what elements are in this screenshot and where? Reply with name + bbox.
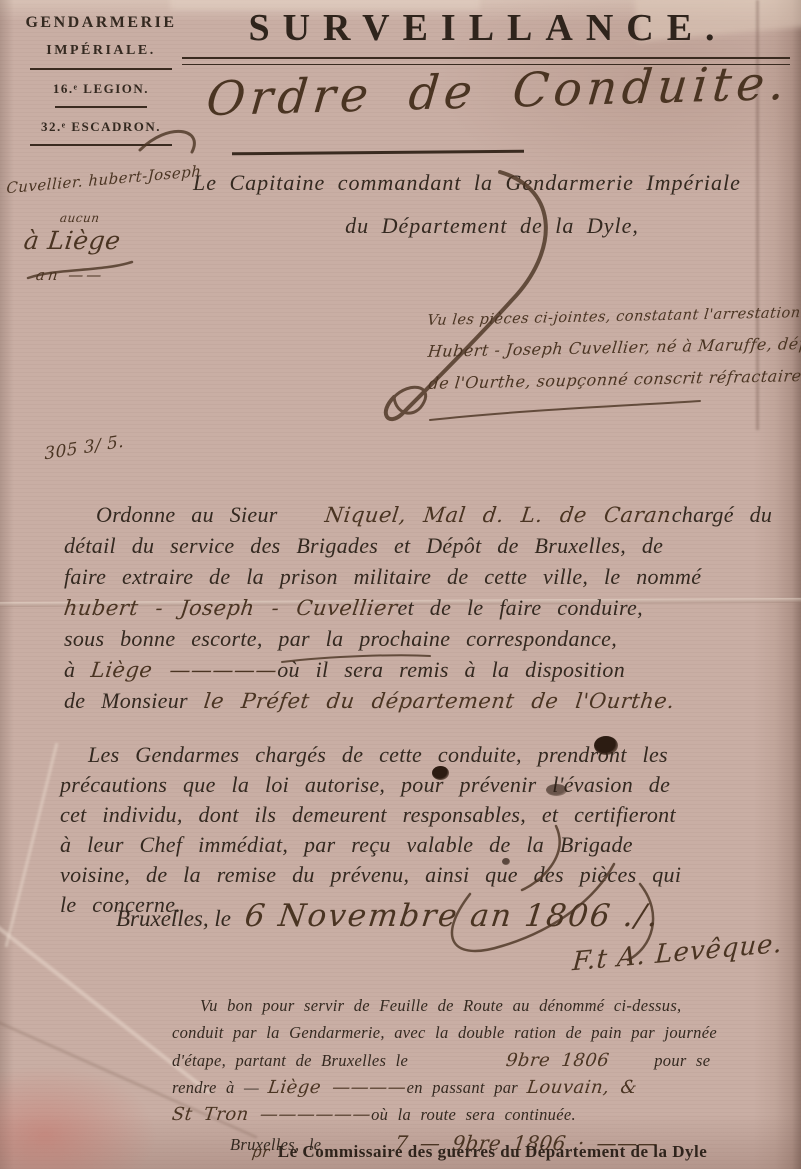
escadron-label: 32.ᵉ ESCADRON.: [16, 119, 186, 135]
printed-text: rendre à —: [172, 1078, 268, 1097]
printed-text: à leur Chef immédiat, par reçu valable d…: [60, 832, 633, 857]
text-line: de Monsieur le Préfet du département de …: [64, 688, 780, 719]
text-line: sous bonne escorte, par la prochaine cor…: [64, 626, 780, 657]
printed-text: faire extraire de la prison militaire de…: [64, 564, 701, 589]
handwritten-text: Liège —————: [90, 658, 279, 682]
vu-line-2: Hubert - Joseph Cuvellier, né à Maruffe,…: [427, 332, 801, 361]
handwritten-text: 9bre 1806: [504, 1050, 610, 1071]
printed-text: en passant par: [407, 1078, 528, 1097]
ink-blot: [502, 858, 510, 865]
corps-name: GENDARMERIE: [16, 14, 186, 32]
vu-clause: Vu les pièces ci-jointes, constatant l'a…: [427, 304, 801, 406]
unit-header: GENDARMERIE IMPÉRIALE. 16.ᵉ LEGION. 32.ᵉ…: [16, 14, 186, 146]
commissaire-text: Le Commissaire des guerres du Départemen…: [278, 1142, 708, 1161]
printed-text: où la route sera continuée.: [371, 1105, 576, 1124]
subtitle-rule: [232, 150, 524, 156]
printed-text: Ordonne au Sieur: [96, 502, 293, 527]
ink-blot: [432, 766, 449, 780]
printed-text: précautions que la loi autorise, pour pr…: [60, 772, 670, 797]
corps-name-2: IMPÉRIALE.: [16, 43, 186, 59]
margin-note-word: aucun: [59, 211, 100, 225]
printed-text: où il sera remis à la disposition: [277, 657, 625, 682]
text-line: conduit par la Gendarmerie, avec la doub…: [172, 1023, 797, 1050]
text-line: faire extraire de la prison militaire de…: [64, 564, 780, 595]
margin-note-name: Cuvellier. hubert-Joseph: [6, 161, 216, 197]
commissaire-prefix: pr: [251, 1143, 271, 1161]
printed-text: chargé du: [672, 502, 772, 527]
intro-line-1: Le Capitaine commandant la Gendarmerie I…: [193, 170, 768, 196]
commissaire-line: prLe Commissaire des guerres du Départem…: [252, 1142, 707, 1162]
text-line: rendre à — Liège ———— en passant par Lou…: [172, 1077, 797, 1104]
document-page: GENDARMERIE IMPÉRIALE. 16.ᵉ LEGION. 32.ᵉ…: [0, 0, 801, 1169]
text-line: d'étape, partant de Bruxelles le 9bre 18…: [172, 1050, 797, 1077]
dateline: Bruxelles, le6 Novembre an 1806 ./.: [116, 898, 660, 934]
registry-note: 305 3/ 5.: [44, 432, 124, 465]
header-rule: [30, 144, 172, 146]
feuille-de-route: Vu bon pour servir de Feuille de Route a…: [172, 996, 797, 1158]
header-rule: [30, 68, 172, 70]
printed-text: d'étape, partant de Bruxelles le: [172, 1051, 418, 1070]
printed-text: cet individu, dont ils demeurent respons…: [60, 802, 676, 827]
signature: F.t A. Levêque.: [571, 929, 783, 978]
text-line: Vu bon pour servir de Feuille de Route a…: [172, 996, 797, 1023]
printed-text: détail du service des Brigades et Dépôt …: [64, 533, 663, 558]
margin-note-flourish: an ——: [35, 266, 106, 284]
text-line: détail du service des Brigades et Dépôt …: [64, 533, 780, 564]
handwritten-text: Louvain, &: [526, 1077, 639, 1098]
dateline-printed: Bruxelles, le: [116, 906, 231, 931]
text-line: Ordonne au Sieur Niquel, Mal d. L. de Ca…: [64, 502, 780, 533]
printed-text: à: [64, 657, 91, 682]
legion-label: 16.ᵉ LEGION.: [16, 81, 186, 97]
text-line: à Liège ————— où il sera remis à la disp…: [64, 657, 780, 688]
printed-text: et de le faire conduire,: [398, 595, 643, 620]
order-paragraph: Ordonne au Sieur Niquel, Mal d. L. de Ca…: [64, 502, 780, 719]
crease-line: [5, 743, 59, 947]
printed-text: conduit par la Gendarmerie, avec la doub…: [172, 1023, 717, 1042]
text-line: voisine, de la remise du prévenu, ainsi …: [60, 862, 776, 892]
handwritten-text: St Tron ——————: [171, 1104, 373, 1125]
handwritten-text: hubert - Joseph - Cuvellier: [63, 596, 399, 620]
margin-note-place: à Liège: [22, 226, 122, 255]
printed-text: sous bonne escorte, par la prochaine cor…: [64, 626, 617, 651]
page-subtitle: Ordre de Conduite.: [196, 56, 801, 128]
text-line: à leur Chef immédiat, par reçu valable d…: [60, 832, 776, 862]
printed-text: voisine, de la remise du prévenu, ainsi …: [60, 862, 681, 887]
gendarmes-paragraph: Les Gendarmes chargés de cette conduite,…: [60, 742, 776, 922]
text-line: Les Gendarmes chargés de cette conduite,…: [60, 742, 776, 772]
vu-line-3: de l'Ourthe, soupçonné conscrit réfracta…: [428, 366, 801, 393]
printed-text: Les Gendarmes chargés de cette conduite,…: [88, 742, 668, 767]
text-line: précautions que la loi autorise, pour pr…: [60, 772, 776, 802]
text-line: hubert - Joseph - Cuvellier et de le fai…: [64, 595, 780, 626]
printed-text: de Monsieur: [64, 688, 204, 713]
ink-blot: [546, 784, 567, 796]
text-line: St Tron —————— où la route sera continué…: [172, 1104, 797, 1131]
dateline-handwritten: 6 Novembre an 1806 ./.: [243, 898, 662, 934]
handwritten-text: le Préfet du département de l'Ourthe.: [202, 689, 675, 713]
page-title: SURVEILLANCE.: [182, 6, 794, 50]
header-rule: [55, 106, 147, 108]
text-line: cet individu, dont ils demeurent respons…: [60, 802, 776, 832]
printed-text: Vu bon pour servir de Feuille de Route a…: [200, 996, 681, 1015]
ink-blot: [594, 736, 618, 755]
handwritten-text: Liège ————: [267, 1077, 408, 1098]
printed-text: pour se: [645, 1051, 711, 1070]
handwritten-text: Niquel, Mal d. L. de Caran: [292, 503, 673, 527]
vu-line-1: Vu les pièces ci-jointes, constatant l'a…: [426, 303, 801, 329]
intro-line-2: du Département de la Dyle,: [282, 213, 702, 239]
